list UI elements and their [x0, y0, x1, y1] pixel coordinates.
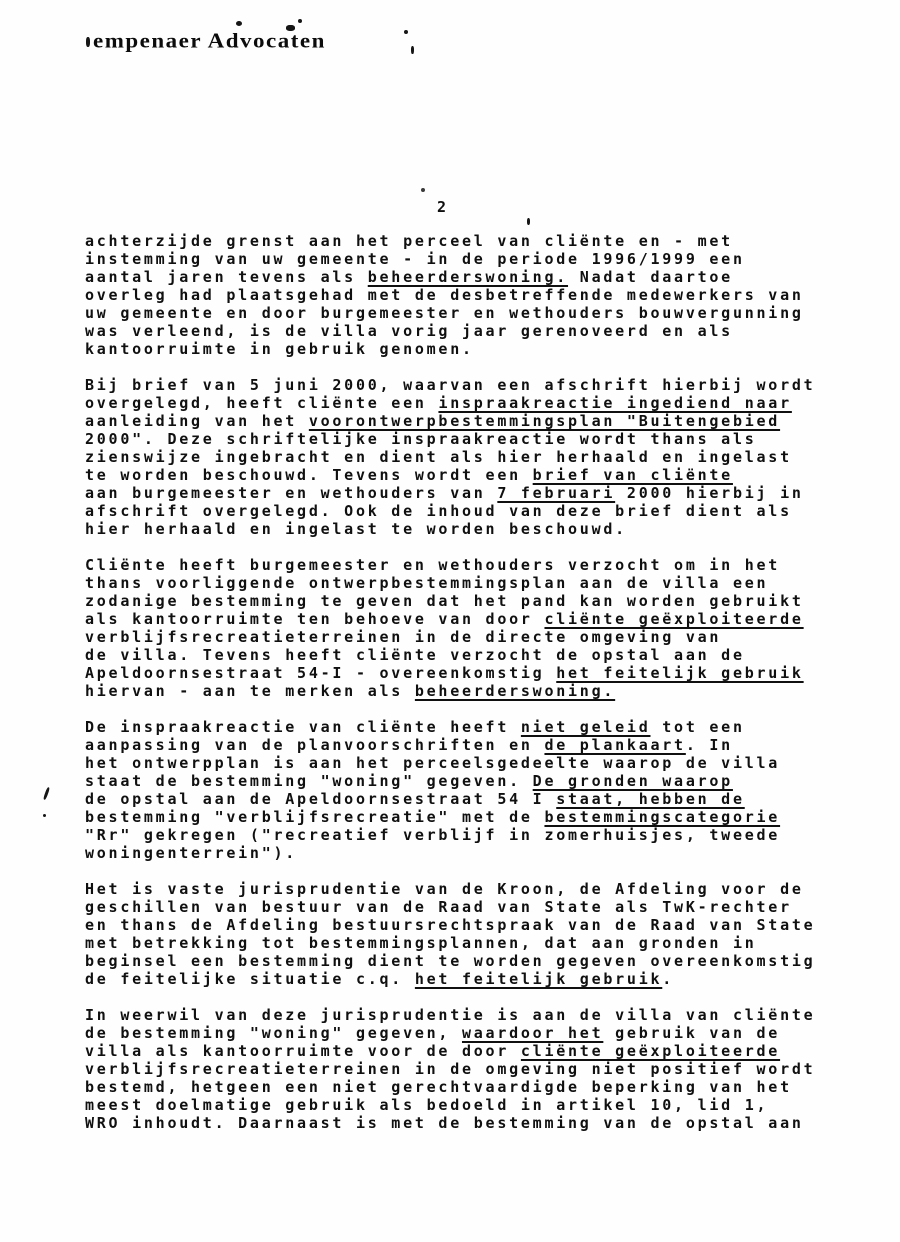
- text-segment: meest doelmatige gebruik als bedoeld in …: [85, 1096, 768, 1114]
- text-line: de feitelijke situatie c.q. het feitelij…: [85, 970, 855, 988]
- text-line: zienswijze ingebracht en dient als hier …: [85, 448, 855, 466]
- text-line: thans voorliggende ontwerpbestemmingspla…: [85, 574, 855, 592]
- text-line: Apeldoornsestraat 54-I - overeenkomstig …: [85, 664, 855, 682]
- paragraph: De inspraakreactie van cliënte heeft nie…: [85, 718, 855, 862]
- underlined-text: beheerderswoning.: [415, 682, 615, 700]
- scan-speck: [236, 21, 242, 26]
- text-segment: overgelegd, heeft cliënte een: [85, 394, 438, 412]
- letterhead-firm-name: empenaer Advocaten: [93, 29, 326, 53]
- text-line: aantal jaren tevens als beheerderswoning…: [85, 268, 855, 286]
- text-line: WRO inhoudt. Daarnaast is met de bestemm…: [85, 1114, 855, 1132]
- underlined-text: inspraakreactie ingediend naar: [438, 394, 791, 412]
- text-line: aanleiding van het voorontwerpbestemming…: [85, 412, 855, 430]
- text-line: te worden beschouwd. Tevens wordt een br…: [85, 466, 855, 484]
- text-line: geschillen van bestuur van de Raad van S…: [85, 898, 855, 916]
- underlined-text: brief van cliënte: [533, 466, 733, 484]
- text-segment: aantal jaren tevens als: [85, 268, 368, 286]
- text-line: Cliënte heeft burgemeester en wethouders…: [85, 556, 855, 574]
- text-line: was verleend, is de villa vorig jaar ger…: [85, 322, 855, 340]
- text-line: Bij brief van 5 juni 2000, waarvan een a…: [85, 376, 855, 394]
- text-line: overgelegd, heeft cliënte een inspraakre…: [85, 394, 855, 412]
- text-line: de bestemming "woning" gegeven, waardoor…: [85, 1024, 855, 1042]
- text-line: hier herhaald en ingelast te worden besc…: [85, 520, 855, 538]
- scan-speck: [527, 218, 530, 225]
- text-segment: thans voorliggende ontwerpbestemmingspla…: [85, 574, 768, 592]
- paragraph: Het is vaste jurisprudentie van de Kroon…: [85, 880, 855, 988]
- text-line: het ontwerpplan is aan het perceelsgedee…: [85, 754, 855, 772]
- text-segment: bestemming "verblijfsrecreatie" met de: [85, 808, 544, 826]
- scan-speck: [298, 19, 302, 23]
- text-line: de villa. Tevens heeft cliënte verzocht …: [85, 646, 855, 664]
- text-segment: bestemd, hetgeen een niet gerechtvaardig…: [85, 1078, 792, 1096]
- text-segment: met betrekking tot bestemmingsplannen, d…: [85, 934, 757, 952]
- text-segment: geschillen van bestuur van de Raad van S…: [85, 898, 792, 916]
- text-segment: als kantoorruimte ten behoeve van door: [85, 610, 544, 628]
- scan-speck: [411, 46, 414, 54]
- text-segment: verblijfsrecreatieterreinen in de direct…: [85, 628, 721, 646]
- document-body: achterzijde grenst aan het perceel van c…: [85, 232, 855, 1150]
- text-segment: Nadat daartoe: [568, 268, 733, 286]
- underlined-text: bestemmingscategorie: [544, 808, 780, 826]
- text-segment: villa als kantoorruimte voor de door: [85, 1042, 521, 1060]
- text-line: en thans de Afdeling bestuursrechtspraak…: [85, 916, 855, 934]
- underlined-text: staat, hebben de: [556, 790, 745, 808]
- underlined-text: waardoor het: [462, 1024, 603, 1042]
- text-segment: de feitelijke situatie c.q.: [85, 970, 415, 988]
- text-segment: 2000 hierbij in: [615, 484, 804, 502]
- text-segment: aanleiding van het: [85, 412, 309, 430]
- underlined-text: cliënte geëxploiteerde: [521, 1042, 780, 1060]
- text-segment: 2000". Deze schriftelijke inspraakreacti…: [85, 430, 757, 448]
- text-line: De inspraakreactie van cliënte heeft nie…: [85, 718, 855, 736]
- underlined-text: voorontwerpbestemmingsplan "Buitengebied: [309, 412, 780, 430]
- text-line: uw gemeente en door burgemeester en weth…: [85, 304, 855, 322]
- text-segment: WRO inhoudt. Daarnaast is met de bestemm…: [85, 1114, 804, 1132]
- scan-speck: [86, 37, 90, 47]
- text-segment: hier herhaald en ingelast te worden besc…: [85, 520, 627, 538]
- text-segment: de villa. Tevens heeft cliënte verzocht …: [85, 646, 745, 664]
- text-segment: staat de bestemming "woning" gegeven.: [85, 772, 533, 790]
- underlined-text: De gronden waarop: [533, 772, 733, 790]
- paragraph: Cliënte heeft burgemeester en wethouders…: [85, 556, 855, 700]
- scan-speck: [43, 814, 46, 817]
- text-segment: de bestemming "woning" gegeven,: [85, 1024, 462, 1042]
- text-line: Het is vaste jurisprudentie van de Kroon…: [85, 880, 855, 898]
- text-segment: gebruik van de: [603, 1024, 780, 1042]
- text-segment: de opstal aan de Apeldoornsestraat 54 I: [85, 790, 556, 808]
- text-segment: De inspraakreactie van cliënte heeft: [85, 718, 521, 736]
- paragraph: Bij brief van 5 juni 2000, waarvan een a…: [85, 376, 855, 538]
- text-segment: te worden beschouwd. Tevens wordt een: [85, 466, 533, 484]
- text-line: villa als kantoorruimte voor de door cli…: [85, 1042, 855, 1060]
- text-segment: afschrift overgelegd. Ook de inhoud van …: [85, 502, 792, 520]
- text-line: achterzijde grenst aan het perceel van c…: [85, 232, 855, 250]
- underlined-text: de plankaart: [544, 736, 685, 754]
- text-segment: aan burgemeester en wethouders van: [85, 484, 497, 502]
- text-line: In weerwil van deze jurisprudentie is aa…: [85, 1006, 855, 1024]
- text-line: als kantoorruimte ten behoeve van door c…: [85, 610, 855, 628]
- scan-speck: [421, 188, 425, 192]
- text-line: bestemd, hetgeen een niet gerechtvaardig…: [85, 1078, 855, 1096]
- text-line: "Rr" gekregen ("recreatief verblijf in z…: [85, 826, 855, 844]
- text-segment: instemming van uw gemeente - in de perio…: [85, 250, 745, 268]
- text-segment: zienswijze ingebracht en dient als hier …: [85, 448, 792, 466]
- text-line: met betrekking tot bestemmingsplannen, d…: [85, 934, 855, 952]
- text-segment: kantoorruimte in gebruik genomen.: [85, 340, 474, 358]
- text-line: meest doelmatige gebruik als bedoeld in …: [85, 1096, 855, 1114]
- text-line: verblijfsrecreatieterreinen in de omgevi…: [85, 1060, 855, 1078]
- scan-speck: [286, 25, 295, 31]
- text-segment: tot een: [650, 718, 744, 736]
- text-line: beginsel een bestemming dient te worden …: [85, 952, 855, 970]
- text-segment: beginsel een bestemming dient te worden …: [85, 952, 815, 970]
- underlined-text: het feitelijk gebruik: [415, 970, 662, 988]
- text-line: aanpassing van de planvoorschriften en d…: [85, 736, 855, 754]
- text-line: aan burgemeester en wethouders van 7 feb…: [85, 484, 855, 502]
- text-line: de opstal aan de Apeldoornsestraat 54 I …: [85, 790, 855, 808]
- scan-speck: [404, 30, 408, 34]
- text-line: 2000". Deze schriftelijke inspraakreacti…: [85, 430, 855, 448]
- underlined-text: beheerderswoning.: [368, 268, 568, 286]
- paragraph: achterzijde grenst aan het perceel van c…: [85, 232, 855, 358]
- page-number: 2: [437, 198, 449, 216]
- underlined-text: cliënte geëxploiteerde: [544, 610, 803, 628]
- text-segment: aanpassing van de planvoorschriften en: [85, 736, 544, 754]
- text-segment: Apeldoornsestraat 54-I - overeenkomstig: [85, 664, 556, 682]
- text-segment: was verleend, is de villa vorig jaar ger…: [85, 322, 733, 340]
- text-line: afschrift overgelegd. Ook de inhoud van …: [85, 502, 855, 520]
- text-segment: . In: [686, 736, 733, 754]
- text-segment: overleg had plaatsgehad met de desbetref…: [85, 286, 804, 304]
- text-segment: zodanige bestemming te geven dat het pan…: [85, 592, 804, 610]
- text-line: woningenterrein").: [85, 844, 855, 862]
- text-line: zodanige bestemming te geven dat het pan…: [85, 592, 855, 610]
- text-line: verblijfsrecreatieterreinen in de direct…: [85, 628, 855, 646]
- text-segment: Bij brief van 5 juni 2000, waarvan een a…: [85, 376, 815, 394]
- text-line: kantoorruimte in gebruik genomen.: [85, 340, 855, 358]
- text-segment: achterzijde grenst aan het perceel van c…: [85, 232, 733, 250]
- text-segment: uw gemeente en door burgemeester en weth…: [85, 304, 804, 322]
- underlined-text: niet geleid: [521, 718, 651, 736]
- scan-speck: [43, 787, 50, 800]
- text-line: staat de bestemming "woning" gegeven. De…: [85, 772, 855, 790]
- paragraph: In weerwil van deze jurisprudentie is aa…: [85, 1006, 855, 1132]
- text-segment: In weerwil van deze jurisprudentie is aa…: [85, 1006, 815, 1024]
- text-segment: Cliënte heeft burgemeester en wethouders…: [85, 556, 780, 574]
- text-segment: en thans de Afdeling bestuursrechtspraak…: [85, 916, 815, 934]
- text-segment: Het is vaste jurisprudentie van de Kroon…: [85, 880, 804, 898]
- text-segment: woningenterrein").: [85, 844, 297, 862]
- text-line: bestemming "verblijfsrecreatie" met de b…: [85, 808, 855, 826]
- scanned-letter-page: empenaer Advocaten 2 achterzijde grenst …: [0, 0, 900, 1242]
- underlined-text: het feitelijk gebruik: [556, 664, 803, 682]
- text-segment: hiervan - aan te merken als: [85, 682, 415, 700]
- text-line: overleg had plaatsgehad met de desbetref…: [85, 286, 855, 304]
- text-segment: "Rr" gekregen ("recreatief verblijf in z…: [85, 826, 780, 844]
- text-segment: het ontwerpplan is aan het perceelsgedee…: [85, 754, 780, 772]
- text-segment: .: [662, 970, 674, 988]
- text-line: hiervan - aan te merken als beheerderswo…: [85, 682, 855, 700]
- text-line: instemming van uw gemeente - in de perio…: [85, 250, 855, 268]
- underlined-text: 7 februari: [497, 484, 615, 502]
- text-segment: verblijfsrecreatieterreinen in de omgevi…: [85, 1060, 815, 1078]
